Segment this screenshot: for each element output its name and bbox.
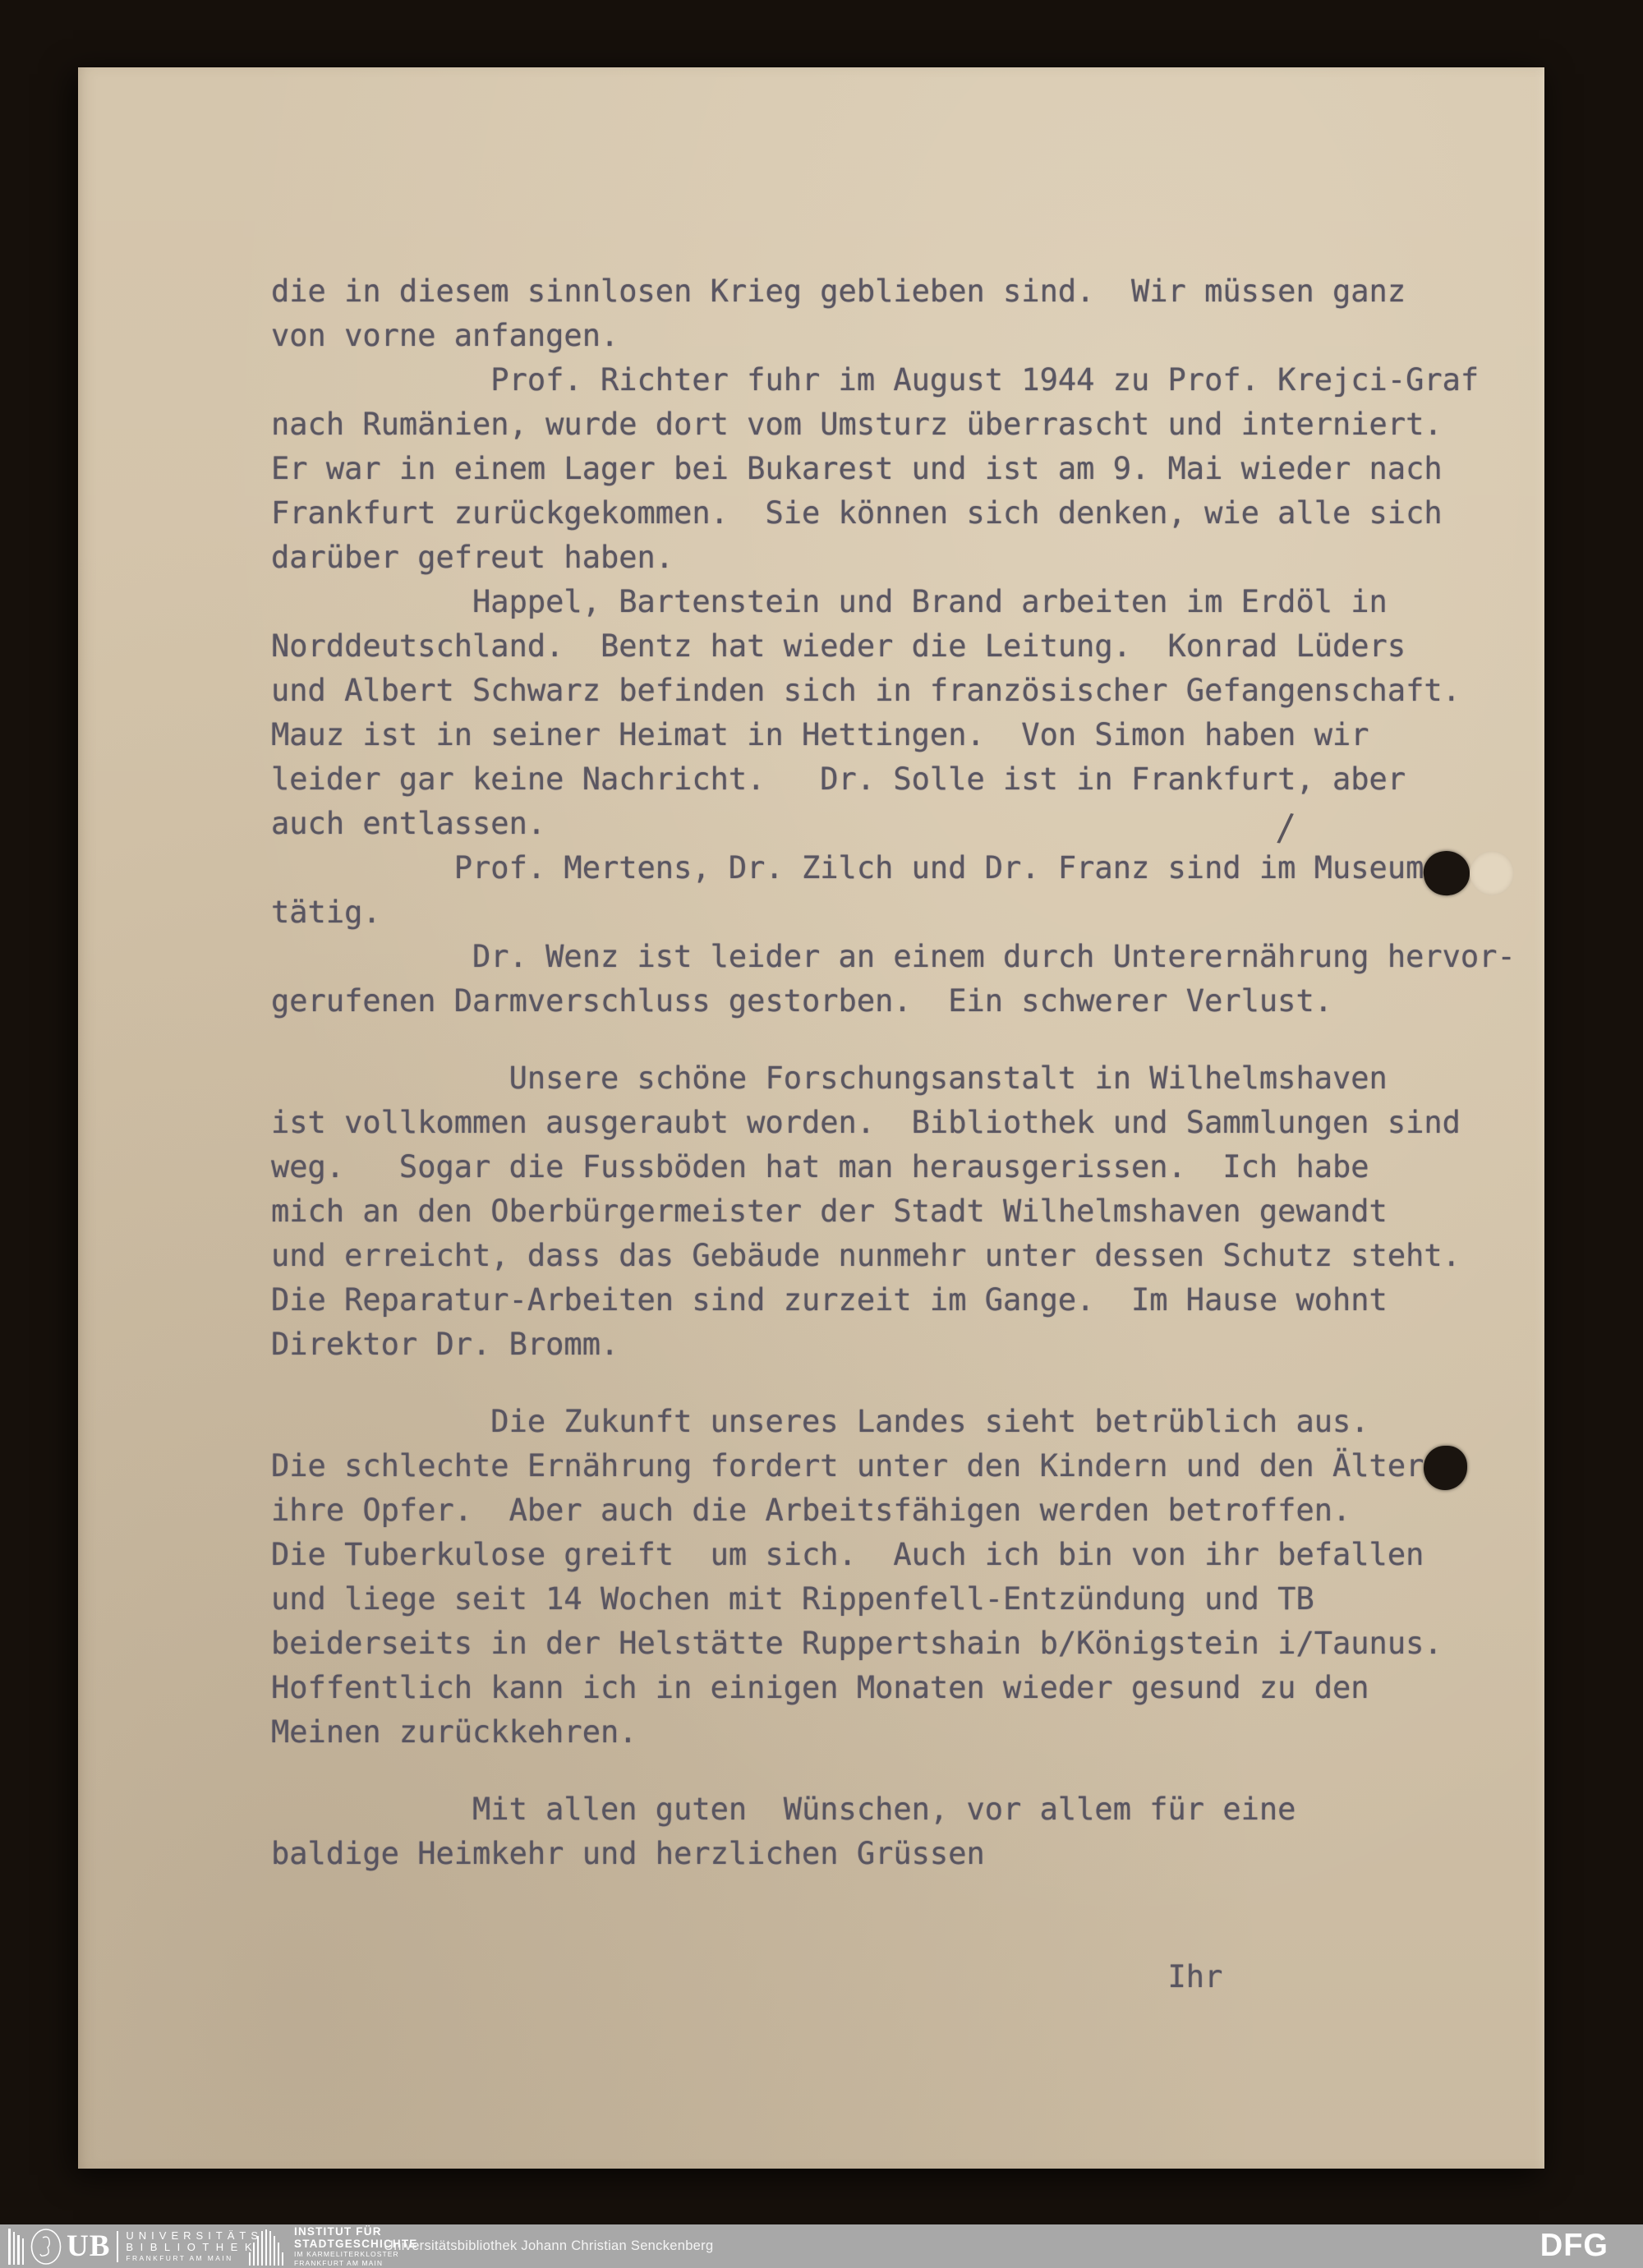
letter-line: ist vollkommen ausgeraubt worden. Biblio… — [271, 1101, 1553, 1145]
letter-line: nach Rumänien, wurde dort vom Umsturz üb… — [271, 403, 1553, 447]
letter-line: leider gar keine Nachricht. Dr. Solle is… — [271, 757, 1553, 802]
letter-line: ihre Opfer. Aber auch die Arbeitsfähigen… — [271, 1488, 1553, 1533]
ub-logo-line1: UNIVERSITÄTS — [126, 2230, 263, 2242]
letter-line: auch entlassen. — [271, 802, 1553, 846]
letter-line: Ihr — [271, 1955, 1553, 1999]
letter-line: von vorne anfangen. — [271, 314, 1553, 358]
letter-paragraph: die in diesem sinnlosen Krieg geblieben … — [271, 269, 1553, 1024]
letter-line: Mit allen guten Wünschen, vor allem für … — [271, 1787, 1553, 1832]
letter-paragraph: Mit allen guten Wünschen, vor allem für … — [271, 1787, 1553, 1876]
letter-line: und Albert Schwarz befinden sich in fran… — [271, 669, 1553, 713]
letter-page: die in diesem sinnlosen Krieg geblieben … — [78, 67, 1544, 2169]
punch-hole-emboss-ring — [1470, 851, 1514, 895]
letter-line: Die Zukunft unseres Landes sieht betrübl… — [271, 1400, 1553, 1444]
letter-line: die in diesem sinnlosen Krieg geblieben … — [271, 269, 1553, 314]
letter-paragraph: Unsere schöne Forschungsanstalt in Wilhe… — [271, 1056, 1553, 1367]
letter-paragraph: Die Zukunft unseres Landes sieht betrübl… — [271, 1400, 1553, 1755]
letter-line: beiderseits in der Helstätte Ruppertshai… — [271, 1622, 1553, 1666]
letter-line: tätig. — [271, 890, 1553, 935]
dfg-logo: DFG — [1540, 2224, 1608, 2268]
letter-line: Happel, Bartenstein und Brand arbeiten i… — [271, 580, 1553, 624]
punch-hole-bottom — [1424, 1446, 1467, 1490]
letter-line: baldige Heimkehr und herzlichen Grüssen — [271, 1832, 1553, 1876]
library-name-text: Universitätsbibliothek Johann Christian … — [384, 2224, 713, 2268]
letter-line: Norddeutschland. Bentz hat wieder die Le… — [271, 624, 1553, 669]
letter-line: Meinen zurückkehren. — [271, 1710, 1553, 1755]
letter-line: Frankfurt zurückgekommen. Sie können sic… — [271, 491, 1553, 536]
letter-line: Hoffentlich kann ich in einigen Monaten … — [271, 1666, 1553, 1710]
letter-line: darüber gefreut haben. — [271, 536, 1553, 580]
letter-text: die in diesem sinnlosen Krieg geblieben … — [271, 269, 1553, 1999]
letter-line: gerufenen Darmverschluss gestorben. Ein … — [271, 979, 1553, 1024]
letter-line: Die schlechte Ernährung fordert unter de… — [271, 1444, 1553, 1488]
letter-line: Prof. Mertens, Dr. Zilch und Dr. Franz s… — [271, 846, 1553, 890]
ub-abbreviation: UB — [67, 2228, 110, 2265]
ub-logo-line2: BIBLIOTHEK — [126, 2242, 263, 2253]
ub-logo-text: UNIVERSITÄTS BIBLIOTHEK FRANKFURT AM MAI… — [126, 2230, 263, 2263]
logo-divider — [117, 2231, 118, 2262]
letter-line: Dr. Wenz ist leider an einem durch Unter… — [271, 935, 1553, 979]
footer-bar: UB UNIVERSITÄTS BIBLIOTHEK FRANKFURT AM … — [0, 2224, 1643, 2268]
university-library-logo: UB UNIVERSITÄTS BIBLIOTHEK FRANKFURT AM … — [8, 2228, 263, 2265]
letter-line: Die Tuberkulose greift um sich. Auch ich… — [271, 1533, 1553, 1577]
letter-line: und liege seit 14 Wochen mit Rippenfell-… — [271, 1577, 1553, 1622]
goethe-portrait-icon — [29, 2228, 63, 2266]
letter-line: Direktor Dr. Bromm. — [271, 1323, 1553, 1367]
letter-line: Er war in einem Lager bei Bukarest und i… — [271, 447, 1553, 491]
letter-line: Die Reparatur-Arbeiten sind zurzeit im G… — [271, 1278, 1553, 1323]
letter-line: Unsere schöne Forschungsanstalt in Wilhe… — [271, 1056, 1553, 1101]
letter-line: weg. Sogar die Fussböden hat man herausg… — [271, 1145, 1553, 1189]
letter-line: mich an den Oberbürgermeister der Stadt … — [271, 1189, 1553, 1234]
ub-logo-line3: FRANKFURT AM MAIN — [126, 2255, 263, 2262]
gothic-arch-window-icon — [246, 2228, 286, 2266]
letter-line: Prof. Richter fuhr im August 1944 zu Pro… — [271, 358, 1553, 403]
letter-line: Mauz ist in seiner Heimat in Hettingen. … — [271, 713, 1553, 757]
letter-paragraph: Ihr — [271, 1955, 1553, 1999]
book-stack-icon — [8, 2229, 26, 2265]
letter-line: und erreicht, dass das Gebäude nunmehr u… — [271, 1234, 1553, 1278]
